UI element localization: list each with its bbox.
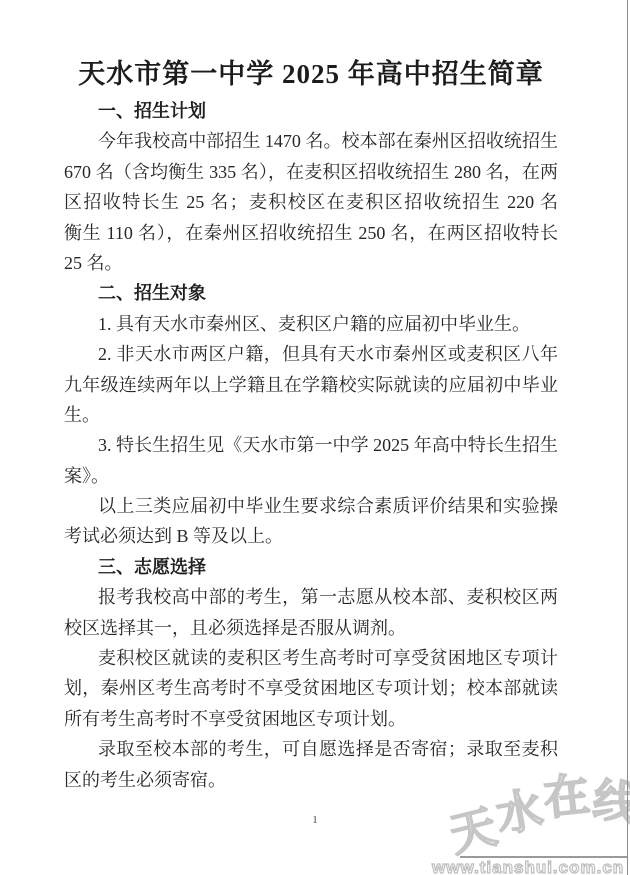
document-body: 一、招生计划今年我校高中部招生 1470 名。校本部在秦州区招收统招生670 名… bbox=[64, 96, 558, 795]
text-line: 670 名（含均衡生 335 名），在麦积区招收统招生 280 名，在两 bbox=[64, 157, 558, 187]
text-line: 考试必须达到 B 等及以上。 bbox=[64, 521, 558, 551]
document-title: 天水市第一中学 2025 年高中招生简章 bbox=[64, 52, 558, 91]
text-line: 区招收特长生 25 名；麦积校区在麦积区招收统招生 220 名（含均 bbox=[64, 187, 558, 217]
document-page: 天水市第一中学 2025 年高中招生简章 一、招生计划今年我校高中部招生 147… bbox=[0, 0, 630, 875]
watermark-char: 线 bbox=[589, 763, 630, 835]
watermark-char: 在 bbox=[540, 758, 593, 828]
text-line: 校区选择其一，且必须选择是否服从调剂。 bbox=[64, 613, 558, 643]
section-heading: 二、招生对象 bbox=[64, 278, 558, 308]
text-line: 报考我校高中部的考生，第一志愿从校本部、麦积校区两个 bbox=[64, 582, 558, 612]
text-line: 2. 非天水市两区户籍，但具有天水市秦州区或麦积区八年级、 bbox=[64, 339, 558, 369]
text-line: 生。 bbox=[64, 400, 558, 430]
text-line: 25 名。 bbox=[64, 248, 558, 278]
watermark-char: 水 bbox=[491, 773, 548, 846]
text-line: 九年级连续两年以上学籍且在学籍校实际就读的应届初中毕业 bbox=[64, 370, 558, 400]
section-heading: 一、招生计划 bbox=[64, 96, 558, 126]
text-line: 案》。 bbox=[64, 461, 558, 491]
text-line: 录取至校本部的考生，可自愿选择是否寄宿；录取至麦积校 bbox=[64, 734, 558, 764]
text-line: 衡生 110 名），在秦州区招收统招生 250 名，在两区招收特长生 bbox=[64, 218, 558, 248]
watermark-url: www.tianshui.com.cn bbox=[432, 858, 624, 875]
text-line: 划，秦州区考生高考时不享受贫困地区专项计划；校本部就读的 bbox=[64, 673, 558, 703]
page-edge-line bbox=[627, 0, 628, 875]
text-line: 麦积校区就读的麦积区考生高考时可享受贫困地区专项计 bbox=[64, 643, 558, 673]
text-line: 以上三类应届初中毕业生要求综合素质评价结果和实验操作 bbox=[64, 491, 558, 521]
text-line: 3. 特长生招生见《天水市第一中学 2025 年高中特长生招生方 bbox=[64, 430, 558, 460]
text-line: 今年我校高中部招生 1470 名。校本部在秦州区招收统招生 bbox=[64, 126, 558, 156]
section-heading: 三、志愿选择 bbox=[64, 552, 558, 582]
text-line: 所有考生高考时不享受贫困地区专项计划。 bbox=[64, 704, 558, 734]
text-line: 1. 具有天水市秦州区、麦积区户籍的应届初中毕业生。 bbox=[64, 309, 558, 339]
